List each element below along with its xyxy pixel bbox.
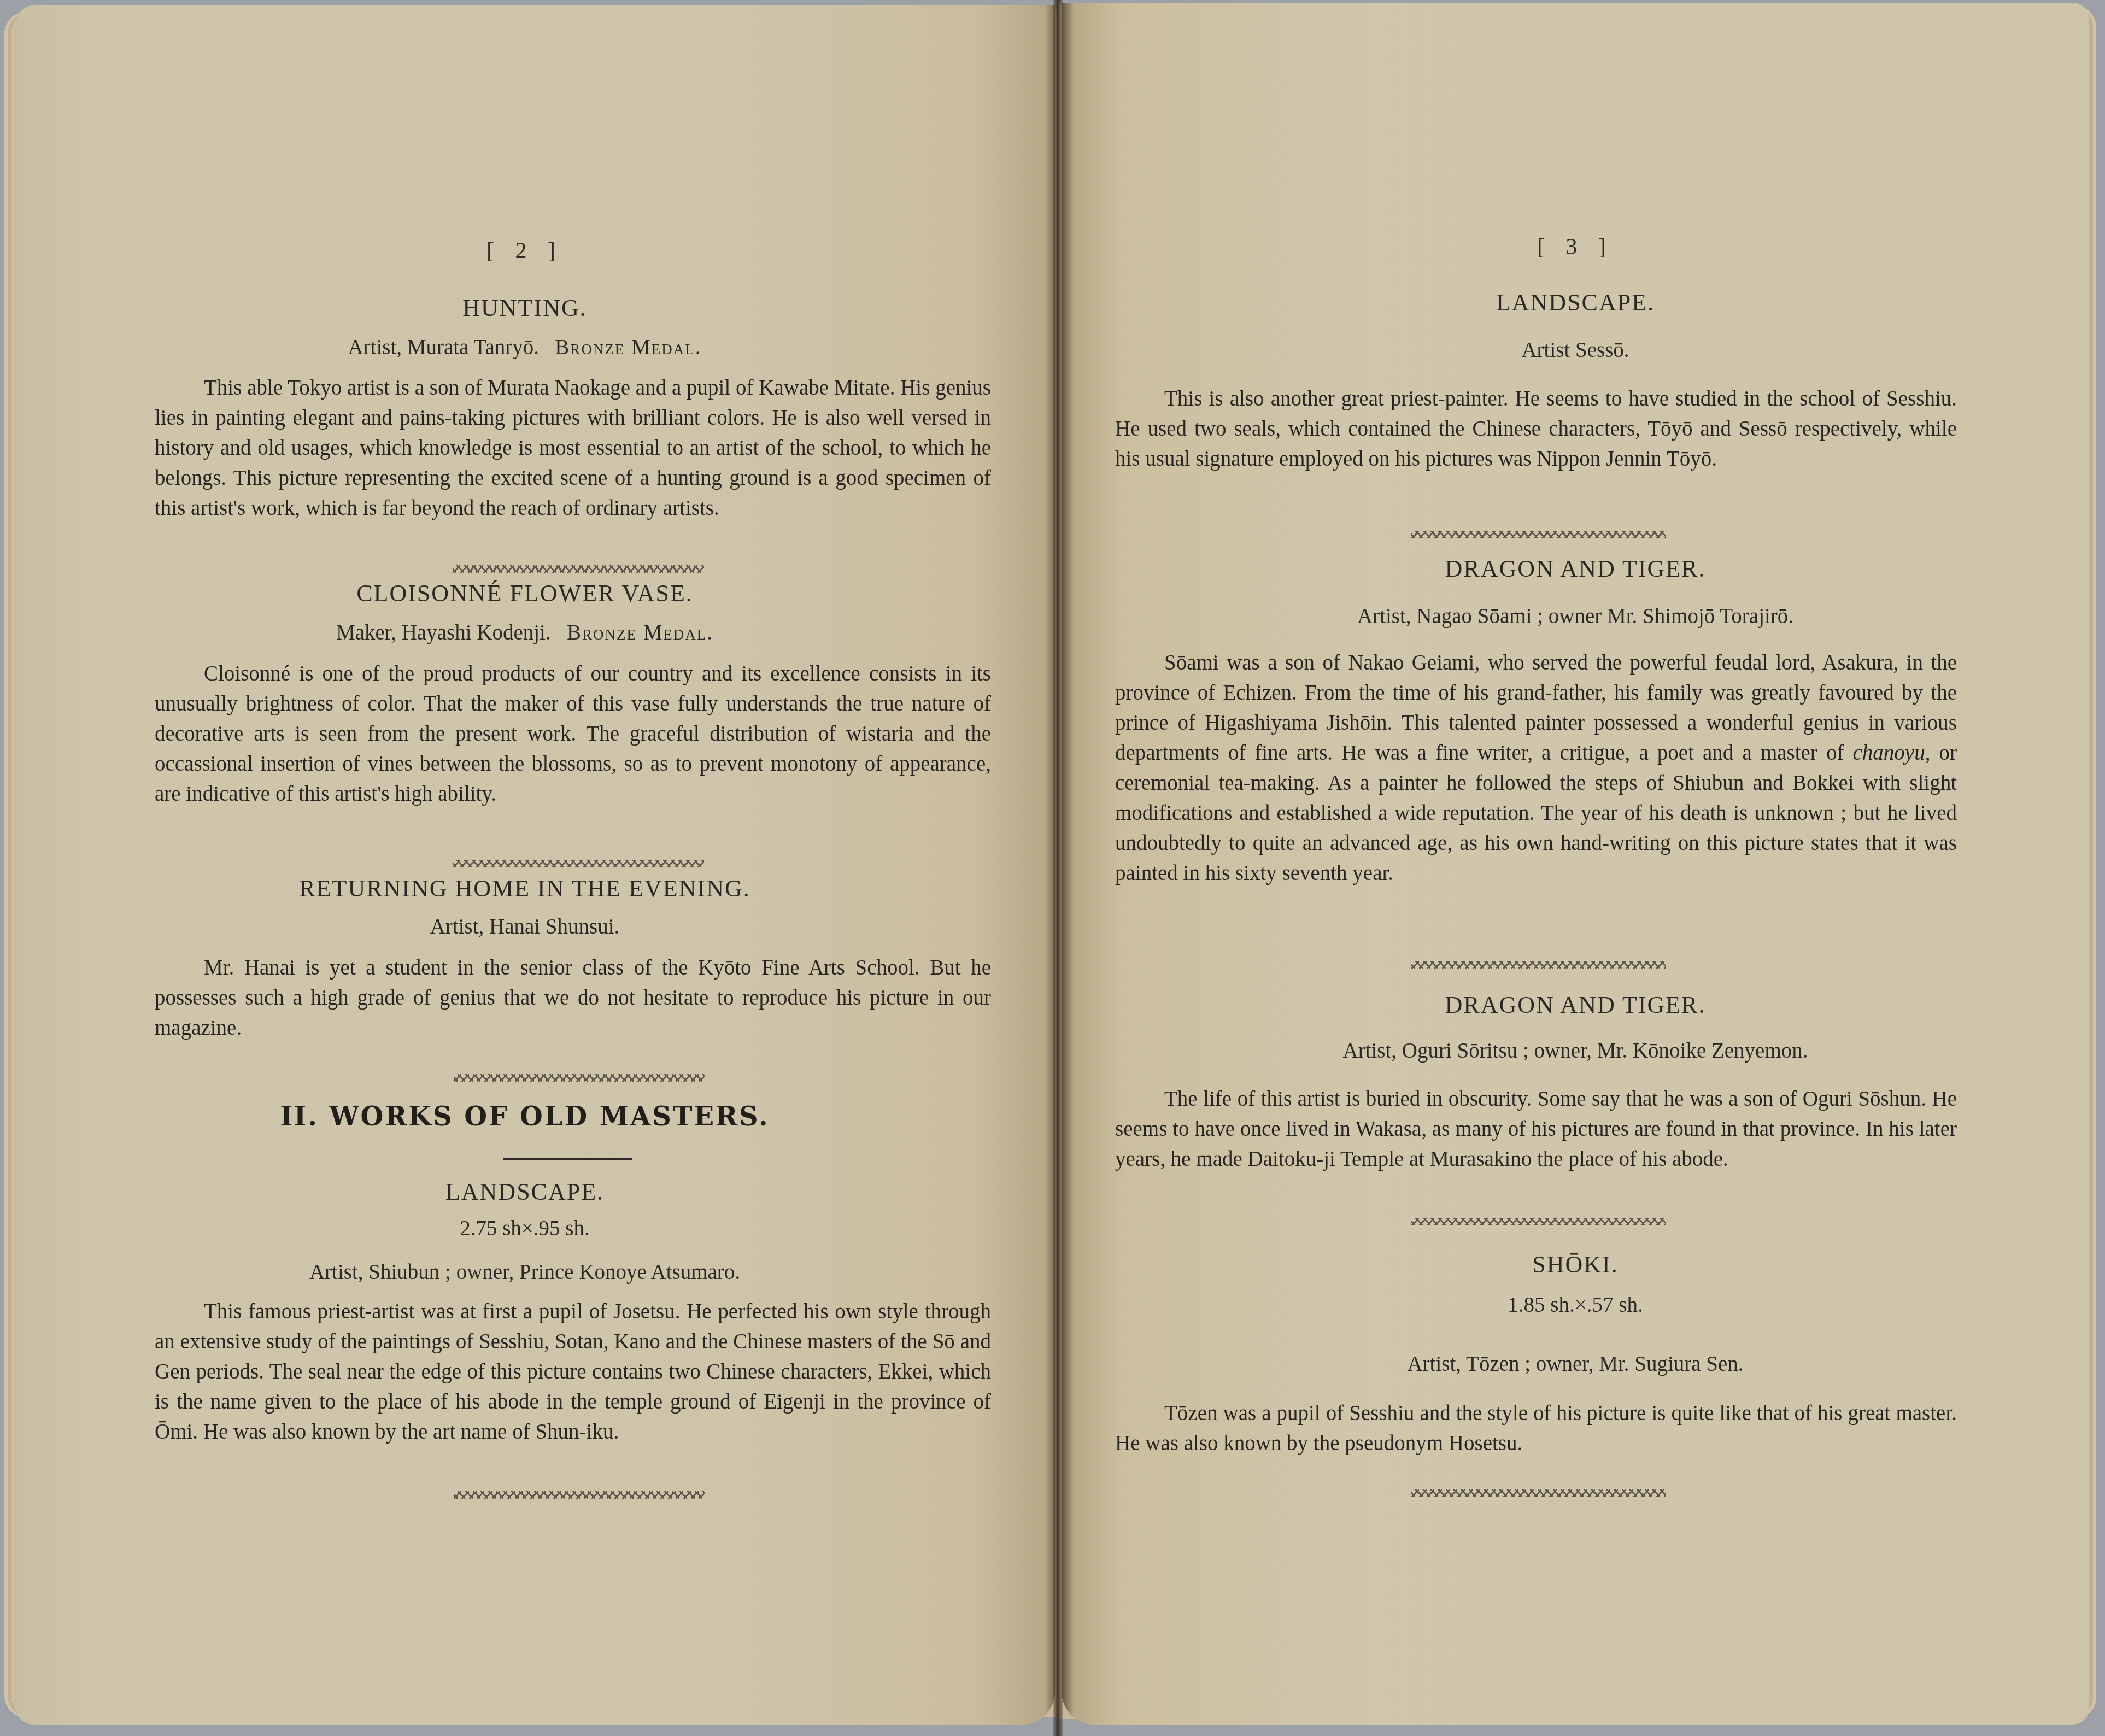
artist-credit: Artist, Murata Tanryō.	[348, 336, 539, 359]
painting-size: 2.75 sh×.95 sh.	[16, 1216, 1033, 1241]
entry-text: Mr. Hanai is yet a student in the senior…	[155, 953, 991, 1043]
right-page: [ 3 ] LANDSCAPE. Artist Sessō. This is a…	[1062, 3, 2089, 1725]
wavy-divider	[1411, 1218, 1666, 1225]
entry-byline: Maker, Hayashi Kodenji. Bronze Medal.	[16, 620, 1033, 645]
entry-title: RETURNING HOME IN THE EVENING.	[16, 875, 1033, 902]
entry-byline: Artist, Murata Tanryō. Bronze Medal.	[16, 335, 1033, 360]
entry-text: Tōzen was a pupil of Sesshiu and the sty…	[1115, 1398, 1957, 1458]
entry-text: This able Tokyo artist is a son of Murat…	[155, 373, 991, 523]
award-label: Bronze Medal.	[567, 621, 713, 644]
wavy-divider	[453, 565, 704, 573]
wavy-divider	[1411, 961, 1666, 969]
entry-title: DRAGON AND TIGER.	[1062, 991, 2089, 1019]
wavy-divider	[1411, 531, 1666, 538]
painting-size: 1.85 sh.×.57 sh.	[1062, 1293, 2089, 1317]
maker-credit: Maker, Hayashi Kodenji.	[336, 621, 551, 644]
left-page: [ 2 ] HUNTING. Artist, Murata Tanryō. Br…	[16, 5, 1055, 1725]
entry-byline: Artist, Shiubun ; owner, Prince Konoye A…	[16, 1260, 1033, 1285]
page-number: [ 2 ]	[16, 238, 1033, 264]
wavy-divider	[454, 1491, 705, 1499]
entry-title: SHŌKI.	[1062, 1251, 2089, 1278]
entry-text: Cloisonné is one of the proud products o…	[155, 659, 991, 809]
entry-title: HUNTING.	[16, 294, 1033, 322]
entry-text: The life of this artist is buried in obs…	[1115, 1084, 1957, 1174]
wavy-divider	[453, 860, 704, 867]
entry-title: CLOISONNÉ FLOWER VASE.	[16, 579, 1033, 607]
entry-title: DRAGON AND TIGER.	[1062, 555, 2089, 583]
italic-term: chanoyu	[1853, 741, 1925, 765]
entry-title: LANDSCAPE.	[1062, 289, 2089, 316]
section-heading: II. WORKS OF OLD MASTERS.	[16, 1101, 1033, 1132]
wavy-divider	[454, 1074, 705, 1082]
book-gutter	[1053, 0, 1063, 1736]
entry-byline: Artist, Tōzen ; owner, Mr. Sugiura Sen.	[1062, 1352, 2089, 1376]
entry-byline: Artist, Hanai Shunsui.	[16, 914, 1033, 939]
entry-byline: Artist Sessō.	[1062, 338, 2089, 362]
entry-byline: Artist, Nagao Sōami ; owner Mr. Shimojō …	[1062, 604, 2089, 629]
book-spread: [ 2 ] HUNTING. Artist, Murata Tanryō. Br…	[0, 0, 2105, 1736]
section-rule	[503, 1158, 632, 1160]
entry-byline: Artist, Oguri Sōritsu ; owner, Mr. Kōnoi…	[1062, 1039, 2089, 1063]
entry-title: LANDSCAPE.	[16, 1178, 1033, 1206]
entry-text: This is also another great priest-painte…	[1115, 384, 1957, 474]
page-number: [ 3 ]	[1062, 234, 2089, 260]
entry-text: This famous priest-artist was at first a…	[155, 1297, 991, 1447]
wavy-divider	[1411, 1489, 1666, 1497]
entry-text: Sōami was a son of Nakao Geiami, who ser…	[1115, 648, 1957, 888]
award-label: Bronze Medal.	[555, 336, 701, 359]
